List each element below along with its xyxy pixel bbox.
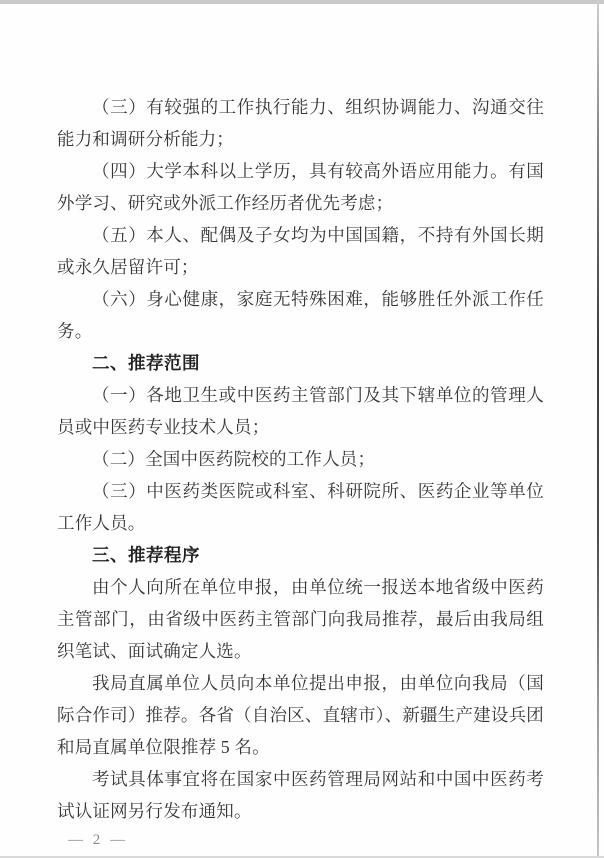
section-heading-scope: 二、推荐范围	[57, 347, 544, 379]
paragraph-scope-1: （一）各地卫生或中医药主管部门及其下辖单位的管理人员或中医药专业技术人员；	[57, 379, 544, 443]
page-number: — 2 —	[68, 830, 128, 850]
paragraph-condition-6: （六）身心健康，家庭无特殊困难，能够胜任外派工作任务。	[57, 283, 544, 347]
scan-edge-top	[0, 0, 604, 4]
paragraph-procedure-3: 考试具体事宜将在国家中医药管理局网站和中国中医药考试认证网另行发布通知。	[57, 763, 544, 827]
paragraph-procedure-2: 我局直属单位人员向本单位提出申报，由单位向我局（国际合作司）推荐。各省（自治区、…	[57, 667, 544, 763]
section-heading-procedure: 三、推荐程序	[57, 539, 544, 571]
paragraph-scope-3: （三）中医药类医院或科室、科研院所、医药企业等单位工作人员。	[57, 475, 544, 539]
scan-edge-right	[597, 0, 599, 858]
document-body: （三）有较强的工作执行能力、组织协调能力、沟通交往能力和调研分析能力； （四）大…	[57, 91, 544, 827]
paragraph-scope-2: （二）全国中医药院校的工作人员；	[57, 443, 544, 475]
document-page: （三）有较强的工作执行能力、组织协调能力、沟通交往能力和调研分析能力； （四）大…	[0, 0, 604, 858]
paragraph-condition-4: （四）大学本科以上学历，具有较高外语应用能力。有国外学习、研究或外派工作经历者优…	[57, 155, 544, 219]
paragraph-condition-5: （五）本人、配偶及子女均为中国国籍，不持有外国长期或永久居留许可；	[57, 219, 544, 283]
paragraph-procedure-1: 由个人向所在单位申报，由单位统一报送本地省级中医药主管部门，由省级中医药主管部门…	[57, 571, 544, 667]
paragraph-condition-3: （三）有较强的工作执行能力、组织协调能力、沟通交往能力和调研分析能力；	[57, 91, 544, 155]
